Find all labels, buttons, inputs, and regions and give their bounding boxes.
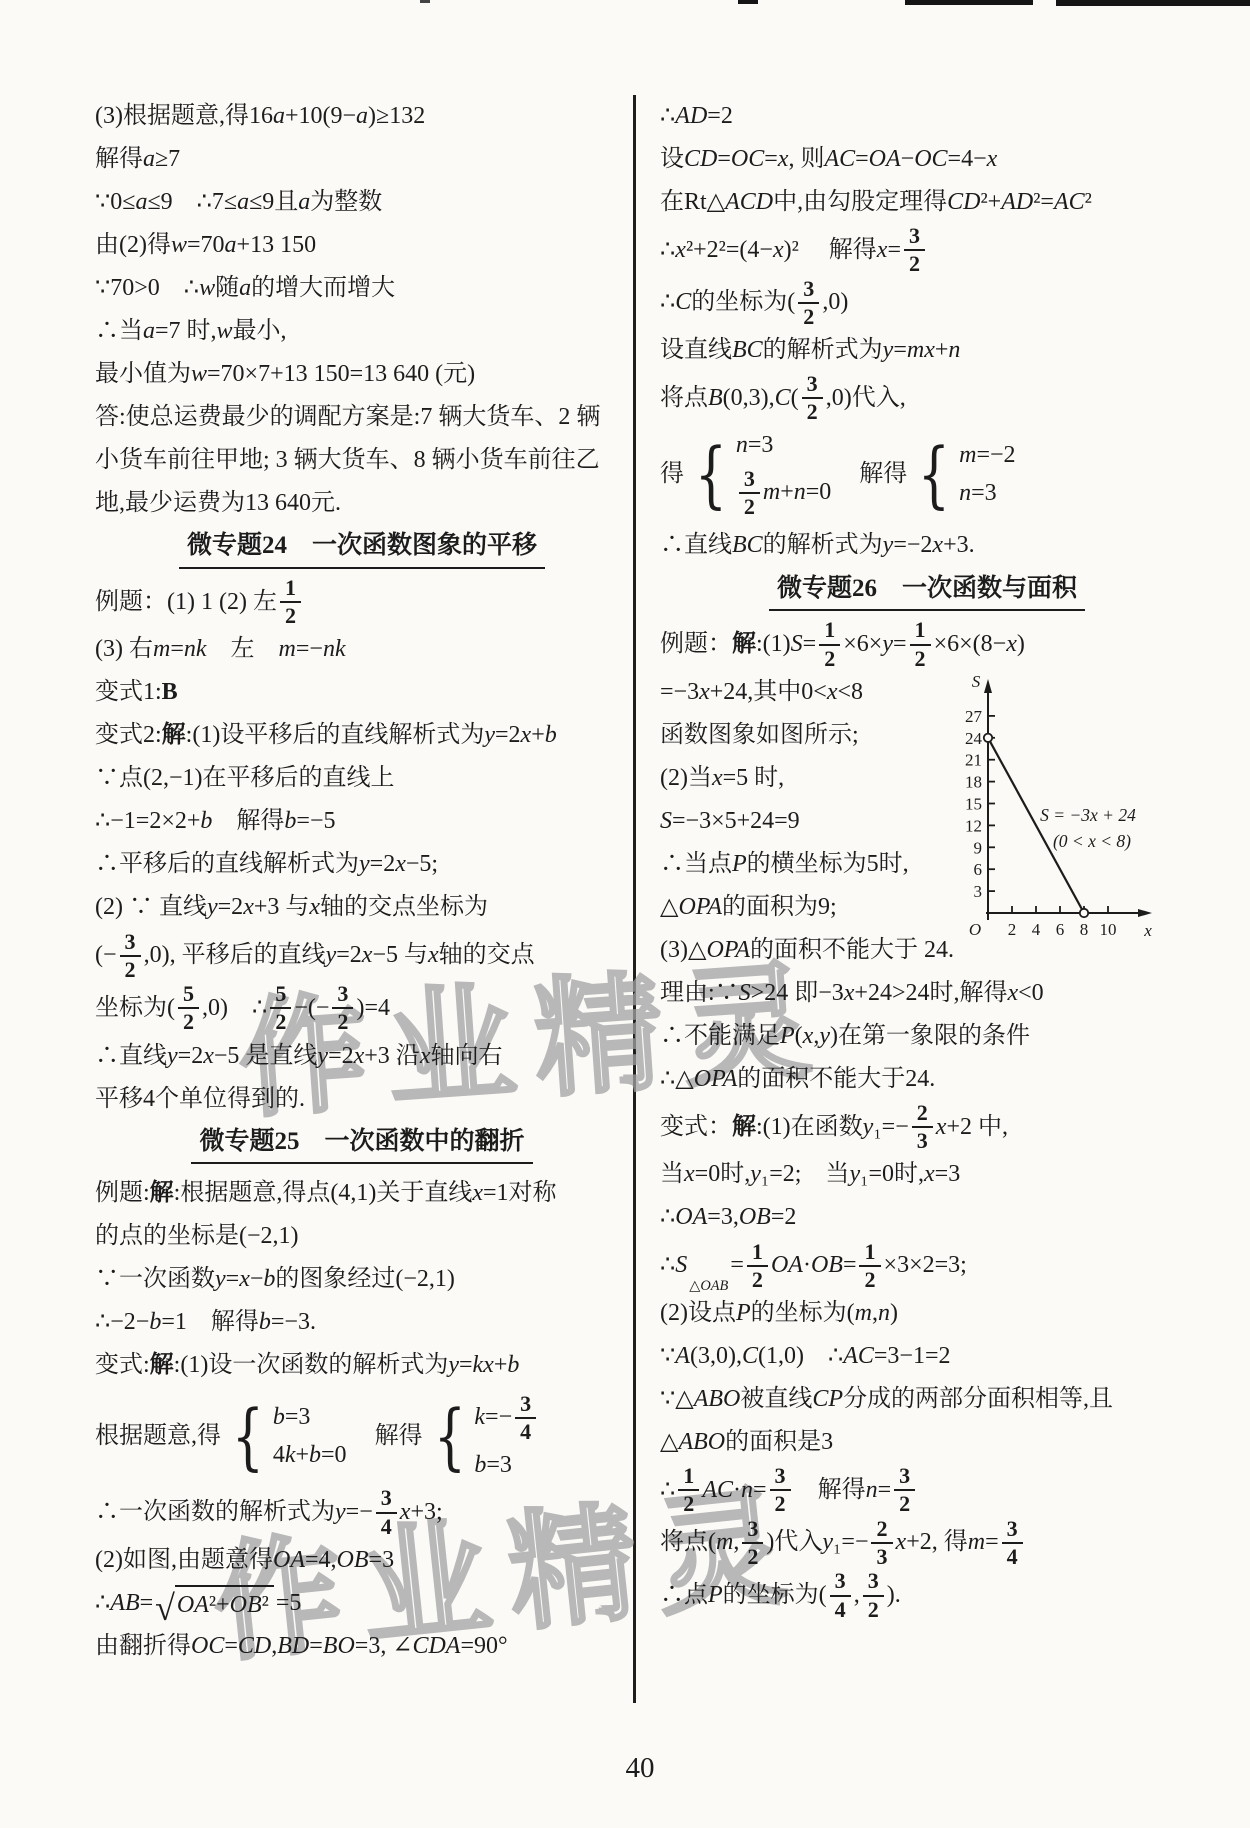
right-column: ∴ AD=2设 CD=OC=x, 则 AC=OA−OC=4−x在Rt△ACD 中… [660,95,1194,1622]
text-line: ∴12AC·n=32 解得 n=32 [660,1464,1194,1517]
svg-text:(0 < x < 8): (0 < x < 8) [1053,831,1131,851]
text-line: ∴ C 的坐标为(32,0) [660,277,1194,330]
svg-text:15: 15 [965,795,982,814]
text-line: 的点的坐标是(−2,1) [95,1215,629,1258]
text-line: △OPA 的面积为9; [660,886,946,929]
text-line: 得{n=332m+n=0 解得{m=−2n=3 [660,425,1194,525]
scan-edge-artifact [738,0,758,4]
text-line: ∵ A(3,0), C(1,0) ∴ AC=3−1=2 [660,1335,1194,1378]
text-line: (3)根据题意,得16a+10(9−a)≥132 [95,95,629,138]
svg-text:8: 8 [1080,920,1089,939]
text-line: ∴△OPA 的面积不能大于24. [660,1058,1194,1101]
text-line: ∴平移后的直线解析式为 y=2x−5; [95,844,629,887]
text-line: (2)设点 P 的坐标为(m,n) [660,1292,1194,1335]
text-line: =−3x+24,其中0<x<8 [660,671,946,714]
left-column: (3)根据题意,得16a+10(9−a)≥132解得 a≥7∵0≤a≤9 ∴7≤… [95,95,629,1668]
text-line: ∴−2−b=1 解得 b=−3. [95,1301,629,1344]
text-line: ∵0≤a≤9 ∴7≤a≤9且a为整数 [95,181,629,224]
svg-text:24: 24 [965,729,983,748]
text-line: 设直线 BC 的解析式为 y=mx+n [660,329,1194,372]
text-line: 由(2)得 w=70a+13 150 [95,224,629,267]
svg-text:27: 27 [965,707,983,726]
section-heading: 微专题25 一次函数中的翻折 [95,1124,629,1167]
svg-text:O: O [969,920,981,939]
text-line: (2)如图,由题意得 OA=4, OB=3 [95,1539,629,1582]
right-column-bottom-lines: 理由:∵ S>24 即−3x+24>24时,解得 x<0∴不能满足 P(x,y)… [660,972,1194,1622]
text-line: 坐标为(52,0) ∴52−(−32)=4 [95,982,629,1035]
text-line: 将点(m,32)代入 y₁=−23x+2, 得 m=34 [660,1517,1194,1570]
text-line: 函数图象如图所示; [660,714,946,757]
text-line: ∴一次函数的解析式为 y=−34x+3; [95,1486,629,1539]
function-graph: 369121518212427246810OxSS = −3x + 24(0 <… [946,671,1194,964]
section-heading: 微专题26 一次函数与面积 [660,570,1194,613]
text-line: 在Rt△ACD 中,由勾股定理得CD²+AD²=AC² [660,181,1194,224]
text-line: (−32,0), 平移后的直线 y=2x−5 与 x 轴的交点 [95,930,629,983]
text-and-chart-row: =−3x+24,其中0<x<8函数图象如图所示;(2)当 x=5 时,S=−3×… [660,671,1194,972]
text-line: 例题： 解:(1) S=12×6×y=12×6×(8−x) [660,618,1194,671]
text-line: 例题:解:根据题意,得点(4,1)关于直线 x=1对称 [95,1172,629,1215]
svg-text:12: 12 [965,816,982,835]
text-line: 解得 a≥7 [95,138,629,181]
text-line: 当 x=0时, y₁=2; 当 y₁=0时, x=3 [660,1154,1194,1197]
text-line: ∴ AB=√OA²+OB²=5 [95,1582,629,1625]
text-line: 小货车前往甲地; 3 辆大货车、8 辆小货车前往乙 [95,439,629,482]
text-line: (2)当 x=5 时, [660,757,946,800]
svg-text:4: 4 [1032,920,1041,939]
scan-edge-artifact [905,0,1033,5]
text-line: 平移4个单位得到的. [95,1078,629,1121]
text-line: (3)△OPA 的面积不能大于 24. [660,929,946,972]
text-line: 答:使总运费最少的调配方案是:7 辆大货车、2 辆 [95,396,629,439]
text-line: 变式： 解:(1)在函数 y₁=−23x+2 中, [660,1101,1194,1154]
text-line: ∵一次函数 y=x−b 的图象经过(−2,1) [95,1258,629,1301]
svg-text:6: 6 [974,860,983,879]
text-line: (3) 右 m=nk 左 m=−nk [95,629,629,672]
svg-text:21: 21 [965,751,982,770]
svg-text:10: 10 [1100,920,1117,939]
text-line: ∴直线 y=2x−5 是直线 y=2x+3 沿 x 轴向右 [95,1035,629,1078]
text-line: 变式2:解:(1)设平移后的直线解析式为 y=2x+b [95,715,629,758]
text-line: ∴当点 P 的横坐标为5时, [660,843,946,886]
text-line: ∴ OA=3, OB=2 [660,1197,1194,1240]
svg-text:x: x [1143,921,1152,940]
text-line: △ABO 的面积是3 [660,1421,1194,1464]
text-line: 变式: 解:(1)设一次函数的解析式为 y=kx+b [95,1344,629,1387]
svg-text:2: 2 [1008,920,1017,939]
right-column-top-lines: ∴ AD=2设 CD=OC=x, 则 AC=OA−OC=4−x在Rt△ACD 中… [660,95,1194,671]
scan-edge-artifact [1056,0,1250,6]
svg-text:9: 9 [974,838,983,857]
section-heading: 微专题24 一次函数图象的平移 [95,528,629,571]
text-line: ∴ AD=2 [660,95,1194,138]
text-line: (2) ∵ 直线 y=2x+3 与 x 轴的交点坐标为 [95,887,629,930]
text-line: 例题：(1) 1 (2) 左 12 [95,576,629,629]
text-line: ∴直线 BC 的解析式为 y=−2x+3. [660,524,1194,567]
text-line: ∵△ABO 被直线 CP 分成的两部分面积相等,且 [660,1378,1194,1421]
scanned-answer-page: { "page": {"number": "40", "ink": "#1c1c… [0,0,1250,1828]
svg-text:6: 6 [1056,920,1065,939]
svg-text:S = −3x + 24: S = −3x + 24 [1040,805,1136,825]
svg-text:18: 18 [965,773,982,792]
text-line: ∴当 a=7 时, w 最小, [95,310,629,353]
text-line: 设 CD=OC=x, 则 AC=OA−OC=4−x [660,138,1194,181]
s-vs-x-line-chart: 369121518212427246810OxSS = −3x + 24(0 <… [946,673,1194,955]
column-divider [633,95,636,1703]
text-line: ∴ x²+2²=(4−x)² 解得 x=32 [660,224,1194,277]
text-line: 变式1: B [95,672,629,715]
scan-edge-artifact [420,0,430,3]
text-line: 根据题意,得{b=34k+b=0 解得{k=−34b=3 [95,1387,629,1487]
text-line: ∵70>0 ∴w 随 a 的增大而增大 [95,267,629,310]
svg-text:3: 3 [974,882,983,901]
text-line: 将点 B(0,3), C(32,0)代入, [660,372,1194,425]
text-line: 由翻折得 OC=CD, BD=BO=3, ∠CDA=90° [95,1625,629,1668]
text-line: ∴点 P 的坐标为(34,32). [660,1569,1194,1622]
text-line: ∴不能满足 P(x,y)在第一象限的条件 [660,1015,1194,1058]
page-number: 40 [600,1752,680,1785]
right-column-beside-chart-lines: =−3x+24,其中0<x<8函数图象如图所示;(2)当 x=5 时,S=−3×… [660,671,946,972]
text-line: ∴−1=2×2+b 解得 b=−5 [95,801,629,844]
text-line: 理由:∵ S>24 即−3x+24>24时,解得 x<0 [660,972,1194,1015]
text-line: 最小值为 w=70×7+13 150=13 640 (元) [95,353,629,396]
text-line: 地,最少运费为13 640元. [95,482,629,525]
text-line: ∴ S△OAB=12OA·OB=12×3×2=3; [660,1240,1194,1293]
text-line: S=−3×5+24=9 [660,800,946,843]
text-line: ∵点(2,−1)在平移后的直线上 [95,758,629,801]
svg-text:S: S [972,673,981,691]
